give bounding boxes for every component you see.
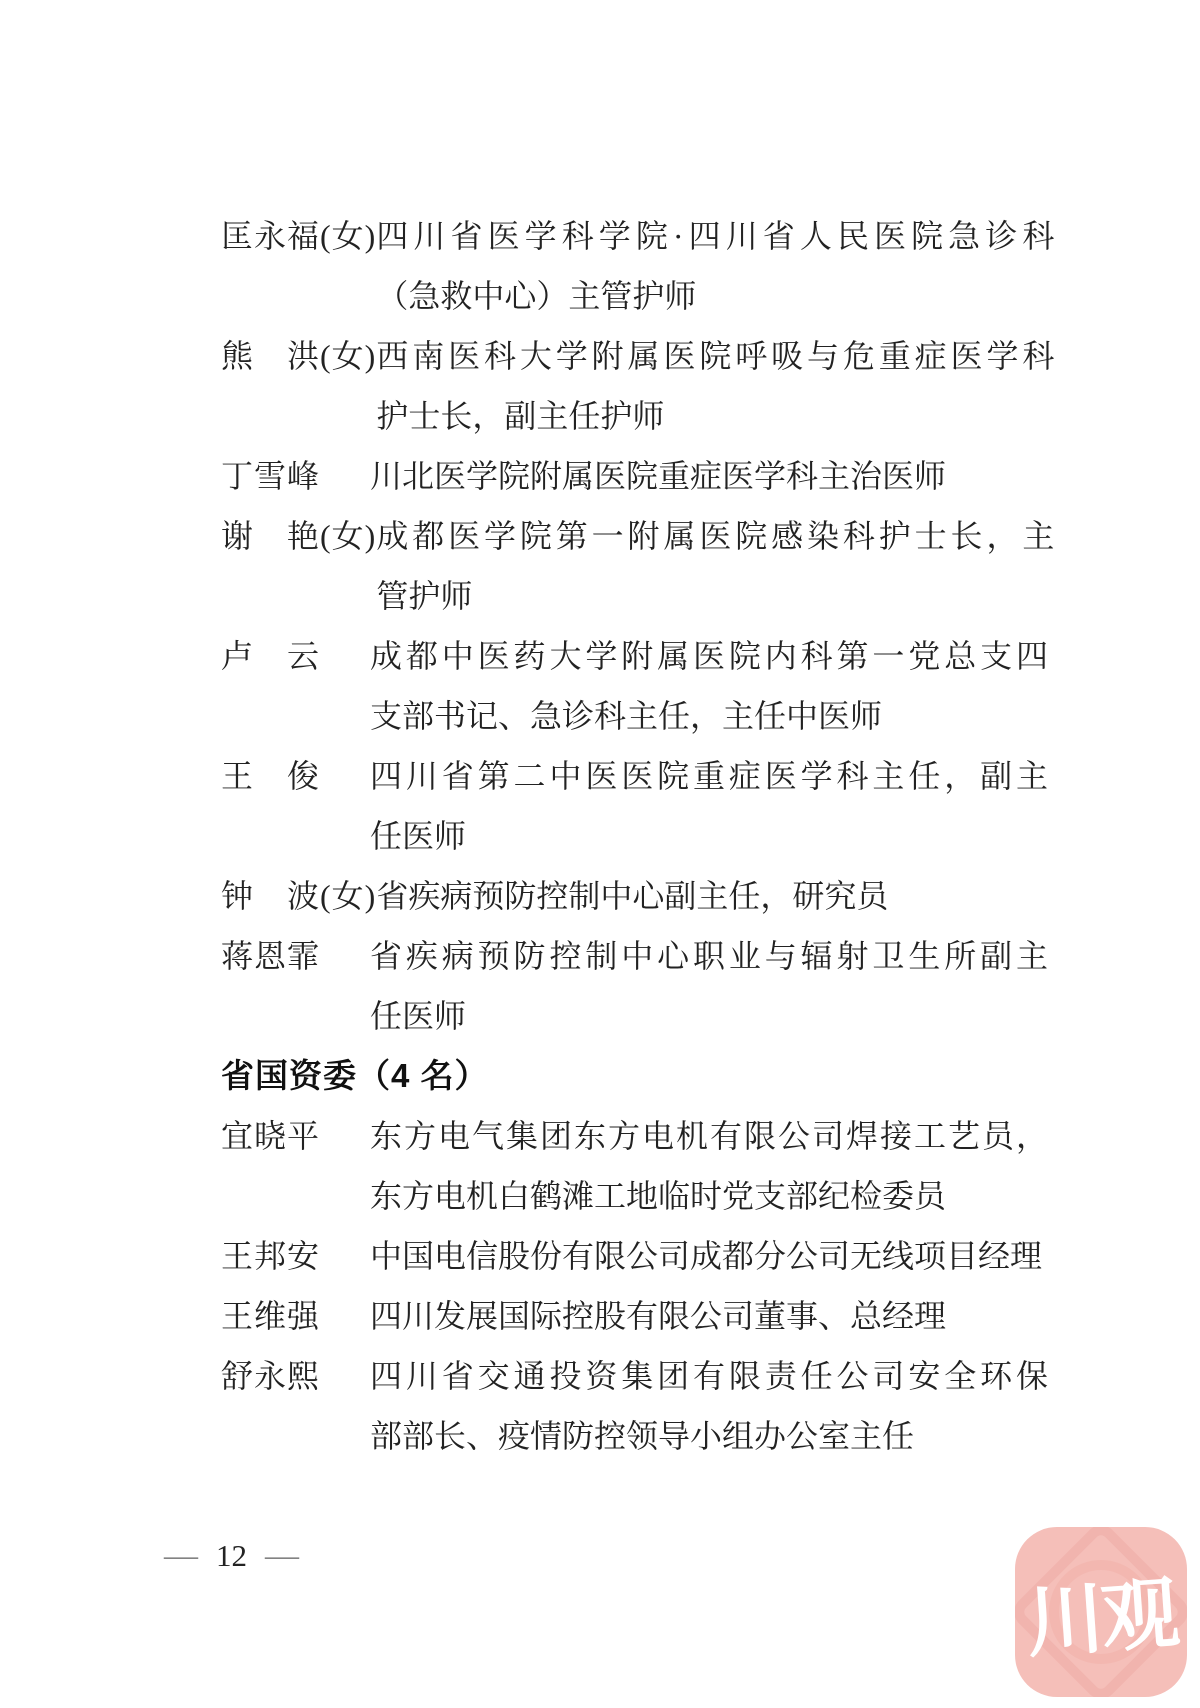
title-line: 护士长，副主任护师 — [376, 386, 1054, 446]
person-name-text: 王邦安 — [221, 1226, 320, 1286]
title-line: 支部书记、急诊科主任，主任中医师 — [370, 686, 1048, 746]
roster-entry: 王维强四川发展国际控股有限公司董事、总经理 — [221, 1286, 1081, 1346]
title-line: 管护师 — [376, 566, 1054, 626]
person-name: 丁雪峰 — [221, 446, 370, 506]
roster-entry: 匡永福(女)四川省医学科学院·四川省人民医院急诊科（急救中心）主管护师 — [221, 206, 1081, 326]
gender-note: (女) — [320, 218, 376, 254]
person-title: 四川发展国际控股有限公司董事、总经理 — [370, 1286, 1048, 1346]
title-line: 中国电信股份有限公司成都分公司无线项目经理 — [370, 1226, 1048, 1286]
person-name: 蒋恩霏 — [221, 926, 370, 986]
person-name-text: 钟 波 — [221, 866, 320, 926]
footer-dash-left: — — [164, 1538, 198, 1574]
person-name: 王 俊 — [221, 746, 370, 806]
roster-entry: 谢 艳(女)成都医学院第一附属医院感染科护士长，主管护师 — [221, 506, 1081, 626]
watermark-text: 川观 — [1015, 1527, 1187, 1697]
person-name-text: 谢 艳 — [221, 506, 320, 566]
person-title: 西南医科大学附属医院呼吸与危重症医学科护士长，副主任护师 — [376, 326, 1054, 446]
roster-entry: 丁雪峰川北医学院附属医院重症医学科主治医师 — [221, 446, 1081, 506]
roster-entry: 王邦安中国电信股份有限公司成都分公司无线项目经理 — [221, 1226, 1081, 1286]
gender-note: (女) — [320, 338, 376, 374]
title-line: 任医师 — [370, 806, 1048, 866]
person-title: 成都医学院第一附属医院感染科护士长，主管护师 — [376, 506, 1054, 626]
title-line: 成都中医药大学附属医院内科第一党总支四 — [370, 626, 1048, 686]
person-name: 熊 洪(女) — [221, 326, 376, 386]
title-line: 省疾病预防控制中心副主任，研究员 — [376, 866, 1054, 926]
title-line: 四川省交通投资集团有限责任公司安全环保 — [370, 1346, 1048, 1406]
person-name: 谢 艳(女) — [221, 506, 376, 566]
person-name-text: 丁雪峰 — [221, 446, 320, 506]
person-name-text: 匡永福 — [221, 206, 320, 266]
person-title: 东方电气集团东方电机有限公司焊接工艺员，东方电机白鹤滩工地临时党支部纪检委员 — [370, 1106, 1048, 1226]
person-name-text: 宜晓平 — [221, 1106, 320, 1166]
title-line: 东方电机白鹤滩工地临时党支部纪检委员 — [370, 1166, 1048, 1226]
document-page: { "document": { "background_color": "#ff… — [0, 0, 1200, 1708]
person-title: 四川省交通投资集团有限责任公司安全环保部部长、疫情防控领导小组办公室主任 — [370, 1346, 1048, 1466]
person-title: 四川省第二中医医院重症医学科主任，副主任医师 — [370, 746, 1048, 866]
gender-note: (女) — [320, 518, 376, 554]
roster-entry: 王 俊四川省第二中医医院重症医学科主任，副主任医师 — [221, 746, 1081, 866]
person-name: 王邦安 — [221, 1226, 370, 1286]
person-name: 宜晓平 — [221, 1106, 370, 1166]
person-title: 省疾病预防控制中心副主任，研究员 — [376, 866, 1054, 926]
title-line: 川北医学院附属医院重症医学科主治医师 — [370, 446, 1048, 506]
roster: 匡永福(女)四川省医学科学院·四川省人民医院急诊科（急救中心）主管护师熊 洪(女… — [221, 206, 1081, 1466]
person-name: 匡永福(女) — [221, 206, 376, 266]
roster-entry: 蒋恩霏省疾病预防控制中心职业与辐射卫生所副主任医师 — [221, 926, 1081, 1046]
title-line: 部部长、疫情防控领导小组办公室主任 — [370, 1406, 1048, 1466]
person-name-text: 王维强 — [221, 1286, 320, 1346]
title-line: 四川省第二中医医院重症医学科主任，副主 — [370, 746, 1048, 806]
page-number: 12 — [216, 1538, 247, 1574]
person-name: 舒永熙 — [221, 1346, 370, 1406]
gender-note: (女) — [320, 878, 376, 914]
person-name-text: 蒋恩霏 — [221, 926, 320, 986]
title-line: 四川省医学科学院·四川省人民医院急诊科 — [376, 206, 1054, 266]
person-title: 中国电信股份有限公司成都分公司无线项目经理 — [370, 1226, 1048, 1286]
person-title: 成都中医药大学附属医院内科第一党总支四支部书记、急诊科主任，主任中医师 — [370, 626, 1048, 746]
person-name-text: 卢 云 — [221, 626, 320, 686]
person-name-text: 舒永熙 — [221, 1346, 320, 1406]
chuanguan-watermark-logo: 川观 — [1015, 1527, 1187, 1697]
roster-entry: 舒永熙四川省交通投资集团有限责任公司安全环保部部长、疫情防控领导小组办公室主任 — [221, 1346, 1081, 1466]
roster-entry: 熊 洪(女)西南医科大学附属医院呼吸与危重症医学科护士长，副主任护师 — [221, 326, 1081, 446]
title-line: 任医师 — [370, 986, 1048, 1046]
person-name: 王维强 — [221, 1286, 370, 1346]
person-title: 川北医学院附属医院重症医学科主治医师 — [370, 446, 1048, 506]
footer-dash-right: — — [265, 1538, 299, 1574]
title-line: 省疾病预防控制中心职业与辐射卫生所副主 — [370, 926, 1048, 986]
person-title: 省疾病预防控制中心职业与辐射卫生所副主任医师 — [370, 926, 1048, 1046]
person-name-text: 王 俊 — [221, 746, 320, 806]
roster-entry: 宜晓平东方电气集团东方电机有限公司焊接工艺员，东方电机白鹤滩工地临时党支部纪检委… — [221, 1106, 1081, 1226]
person-title: 四川省医学科学院·四川省人民医院急诊科（急救中心）主管护师 — [376, 206, 1054, 326]
title-line: 成都医学院第一附属医院感染科护士长，主 — [376, 506, 1054, 566]
roster-entry: 卢 云成都中医药大学附属医院内科第一党总支四支部书记、急诊科主任，主任中医师 — [221, 626, 1081, 746]
person-name: 钟 波(女) — [221, 866, 376, 926]
title-line: 东方电气集团东方电机有限公司焊接工艺员， — [370, 1106, 1048, 1166]
page-number-footer: — 12 — — [164, 1538, 299, 1574]
person-name-text: 熊 洪 — [221, 326, 320, 386]
person-name: 卢 云 — [221, 626, 370, 686]
title-line: （急救中心）主管护师 — [376, 266, 1054, 326]
title-line: 四川发展国际控股有限公司董事、总经理 — [370, 1286, 1048, 1346]
title-line: 西南医科大学附属医院呼吸与危重症医学科 — [376, 326, 1054, 386]
roster-entry: 钟 波(女)省疾病预防控制中心副主任，研究员 — [221, 866, 1081, 926]
section-header: 省国资委（4 名） — [221, 1046, 1081, 1106]
